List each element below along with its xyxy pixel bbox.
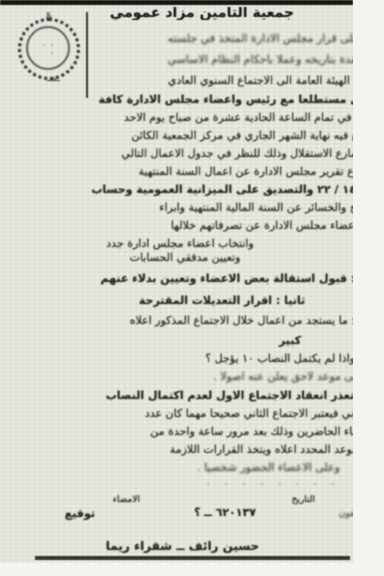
signature-label-left: الامضاء xyxy=(70,494,140,507)
phone-label: تلفون xyxy=(320,508,353,521)
agenda-line: اولا : قبول استقالة بعض الاعضاء وتعيين ب… xyxy=(8,272,353,285)
seal-divider-line xyxy=(86,12,88,98)
header-line: المنعقدة بتاريخه وعملا باحكام النظام الا… xyxy=(95,53,353,66)
phone-number: ٦٢٠١٣٧ ــ ؟ xyxy=(170,506,280,519)
body-line: الواقع فيه نهاية الشهر الجاري في مركز ال… xyxy=(8,129,353,142)
scanned-document: جمعية التأمين مزاد عمومي ؏ · · · ـمـ بنا… xyxy=(0,0,384,576)
body-line: في شارع الاستقلال وذلك للنظر في جدول الا… xyxy=(8,147,353,160)
body-line: في ١٤ / ٢٢ والتصديق على الميزانية العموم… xyxy=(8,183,353,196)
agenda-line: ثالثا : ما يستجد من اعمال خلال الاجتماع … xyxy=(15,314,353,327)
header-line: تدعى الهيئة العامة الى الاجتماع السنوي ا… xyxy=(95,74,353,87)
agenda-line: الى موعد لاحق يعلن عنه اصولا . xyxy=(30,370,353,383)
footer-rule xyxy=(35,556,350,560)
body-line: وقال مستطلعا مع رئيس واعضاء مجلس الادارة… xyxy=(8,93,353,106)
notice-title: جمعية التأمين مزاد عمومي xyxy=(92,7,312,20)
body-line: وتعيين مدققي الحسابات xyxy=(85,251,285,264)
agenda-line: كبير xyxy=(255,334,325,347)
stamp-core-dots: · · · xyxy=(38,42,54,50)
circular-stamp-icon: ؏ · · · ـمـ xyxy=(16,12,80,92)
top-border-bar xyxy=(0,0,353,5)
agenda-line: ثانيا : اقرار التعديلات المقترحة xyxy=(113,294,331,307)
stamp-dots: · · · · · · · · xyxy=(60,479,340,492)
closing-line: القانوني فيعتبر الاجتماع الثاني صحيحا مه… xyxy=(8,407,353,420)
closing-line: الاعضاء الحاضرين وذلك بعد مرور ساعة واحد… xyxy=(8,425,353,438)
body-line: الارباح والخسائر عن السنة المالية المنته… xyxy=(8,201,353,214)
body-line: وسماع تقرير مجلس الادارة عن اعمال السنة … xyxy=(8,165,353,178)
signature-scribble: توقيع xyxy=(35,507,95,520)
body-line: وانتخاب اعضاء مجلس ادارة جدد xyxy=(55,237,305,250)
closing-line: الموعد المحدد اعلاه ويتخذ القرارات اللاز… xyxy=(25,443,353,456)
agenda-line: واذا لم يكتمل النصاب ١٠ يؤجل ؟ xyxy=(55,352,353,365)
footer-name: حسين رائف ــ شقراء ريما xyxy=(90,540,275,553)
newsprint-area: جمعية التأمين مزاد عمومي ؏ · · · ـمـ بنا… xyxy=(0,0,353,563)
body-line: وذلك في تمام الساعة الحادية عشرة من صباح… xyxy=(8,111,353,124)
header-line: بناء على قرار مجلس الادارة المتخذ في جلس… xyxy=(95,32,353,45)
stamp-tail-glyph: ـمـ xyxy=(34,74,60,90)
closing-line: واذا تعذر انعقاد الاجتماع الاول لعدم اكت… xyxy=(8,389,353,402)
closing-line: وعلى الاعضاء الحضور شخصيا . xyxy=(60,461,340,474)
body-line: ذمة اعضاء مجلس الادارة عن تصرفاتهم خلاله… xyxy=(8,219,353,232)
